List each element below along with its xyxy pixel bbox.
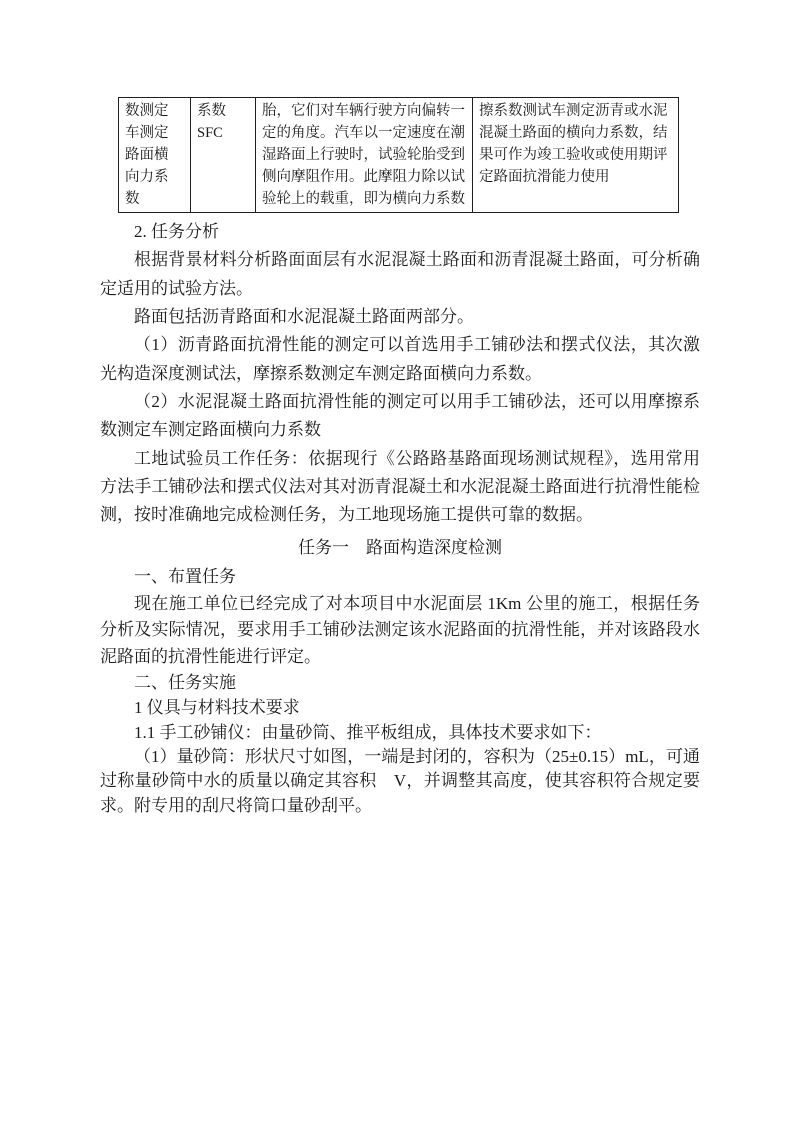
table-cell-application: 擦系数测试车测定沥青或水泥 混凝土路面的横向力系数，结 果可作为竣工验收或使用期… <box>473 98 679 213</box>
para-assign-task-body: 现在施工单位已经完成了对本项目中水泥面层 1Km 公里的施工，根据任务分析及实际… <box>100 591 700 670</box>
para-implementation-heading: 二、任务实施 <box>100 670 700 695</box>
para-task-analysis-heading: 2. 任务分析 <box>100 218 700 246</box>
para-cement-methods: （2）水泥混凝土路面抗滑性能的测定可以用手工铺砂法，还可以用摩擦系数测定车测定路… <box>100 388 700 445</box>
document-page: 数测定 车测定 路面横 向力系 数 系数 SFC 胎，它们对车辆行驶方向偏转一 … <box>0 0 800 1131</box>
para-asphalt-methods: （1）沥青路面抗滑性能的测定可以首选用手工铺砂法和摆式仪法，其次激光构造深度测试… <box>100 331 700 388</box>
friction-methods-table: 数测定 车测定 路面横 向力系 数 系数 SFC 胎，它们对车辆行驶方向偏转一 … <box>118 97 679 213</box>
section-heading-task1: 任务一 路面构造深度检测 <box>100 532 700 563</box>
para-pavement-types: 路面包括沥青路面和水泥混凝土路面两部分。 <box>100 303 700 331</box>
table-row: 数测定 车测定 路面横 向力系 数 系数 SFC 胎，它们对车辆行驶方向偏转一 … <box>119 98 679 213</box>
para-field-tester-tasks: 工地试验员工作任务：依据现行《公路路基路面现场测试规程》，选用常用方法手工铺砂法… <box>100 445 700 530</box>
para-sand-spreader-intro: 1.1 手工砂铺仪：由量砂筒、推平板组成，具体技术要求如下： <box>100 720 700 745</box>
para-instrument-requirements-heading: 1 仪具与材料技术要求 <box>100 695 700 720</box>
table-cell-symbol: 系数 SFC <box>191 98 256 213</box>
para-assign-task-heading: 一、布置任务 <box>100 563 700 591</box>
para-sand-cylinder-spec: （1）量砂筒：形状尺寸如图，一端是封闭的，容积为（25±0.15）mL，可通过称… <box>100 745 700 818</box>
page-content: 数测定 车测定 路面横 向力系 数 系数 SFC 胎，它们对车辆行驶方向偏转一 … <box>100 97 700 818</box>
table-cell-method-name: 数测定 车测定 路面横 向力系 数 <box>119 98 191 213</box>
para-background-analysis: 根据背景材料分析路面面层有水泥混凝土路面和沥青混凝土路面，可分析确定适用的试验方… <box>100 246 700 303</box>
table-cell-principle: 胎，它们对车辆行驶方向偏转一 定的角度。汽车以一定速度在潮 湿路面上行驶时，试验… <box>256 98 473 213</box>
